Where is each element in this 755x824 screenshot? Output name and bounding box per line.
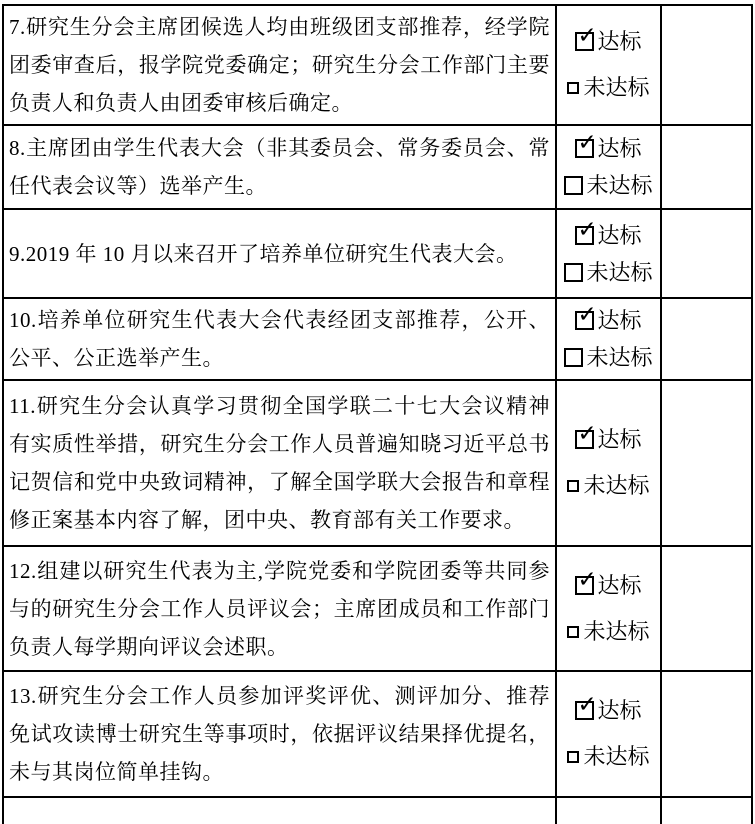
table-row: 8.主席团由学生代表大会（非其委员会、常务委员会、常任代表会议等）选举产生。 ✓…	[3, 125, 752, 209]
met-label: 达标	[597, 29, 641, 54]
status-cell: ✓达标 ✓未达标	[556, 671, 661, 770]
checklist-sheet: 7.研究生分会主席团候选人均由班级团支部推荐，经学院团委审查后，报学院党委确定；…	[2, 4, 753, 770]
criterion-text: 11.研究生分会认真学习贯彻全国学联二十七大会议精神有实质性举措，研究生分会工作…	[3, 380, 556, 546]
remarks-cell	[661, 671, 752, 770]
remarks-cell	[661, 125, 752, 209]
not-met-option: ✓未达标	[557, 65, 660, 111]
evaluation-table: 7.研究生分会主席团候选人均由班级团支部推荐，经学院团委审查后，报学院党委确定；…	[2, 4, 753, 770]
met-option: ✓达标	[557, 302, 660, 339]
not-met-option: ✓未达标	[557, 254, 660, 291]
status-cell: ✓达标 ✓未达标	[556, 298, 661, 380]
not-met-label: 未达标	[586, 260, 652, 285]
met-option: ✓达标	[557, 130, 660, 167]
not-met-checkbox-icon[interactable]: ✓	[567, 626, 579, 638]
remarks-cell	[661, 5, 752, 125]
met-label: 达标	[597, 427, 641, 452]
check-mark-icon: ✓	[577, 132, 596, 155]
status-cell: ✓达标 ✓未达标	[556, 380, 661, 546]
met-option: ✓达标	[557, 688, 660, 734]
table-row: 11.研究生分会认真学习贯彻全国学联二十七大会议精神有实质性举措，研究生分会工作…	[3, 380, 752, 546]
met-checkbox-icon[interactable]: ✓	[575, 226, 594, 245]
remarks-cell	[661, 209, 752, 298]
not-met-label: 未达标	[583, 473, 649, 498]
met-checkbox-icon[interactable]: ✓	[575, 701, 594, 720]
status-cell: ✓达标 ✓未达标	[556, 125, 661, 209]
met-label: 达标	[597, 698, 641, 723]
met-checkbox-icon[interactable]: ✓	[575, 32, 594, 51]
not-met-option: ✓未达标	[557, 339, 660, 376]
criterion-text: 10.培养单位研究生代表大会代表经团支部推荐，公开、公平、公正选举产生。	[3, 298, 556, 380]
remarks-cell	[661, 298, 752, 380]
table-row: 13.研究生分会工作人员参加评奖评优、测评加分、推荐免试攻读博士研究生等事项时，…	[3, 671, 752, 770]
met-checkbox-icon[interactable]: ✓	[575, 311, 594, 330]
met-option: ✓达标	[557, 19, 660, 65]
remarks-cell	[661, 546, 752, 671]
remarks-cell	[661, 380, 752, 546]
not-met-option: ✓未达标	[557, 609, 660, 655]
not-met-label: 未达标	[583, 744, 649, 769]
not-met-option: ✓未达标	[557, 167, 660, 204]
criterion-text: 7.研究生分会主席团候选人均由班级团支部推荐，经学院团委审查后，报学院党委确定；…	[3, 5, 556, 125]
table-row: 9.2019 年 10 月以来召开了培养单位研究生代表大会。 ✓达标 ✓未达标	[3, 209, 752, 298]
criterion-text: 9.2019 年 10 月以来召开了培养单位研究生代表大会。	[3, 209, 556, 298]
met-label: 达标	[597, 136, 641, 161]
criterion-text: 12.组建以研究生代表为主,学院党委和学院团委等共同参与的研究生分会工作人员评议…	[3, 546, 556, 671]
met-checkbox-icon[interactable]: ✓	[575, 576, 594, 595]
met-checkbox-icon[interactable]: ✓	[575, 430, 594, 449]
check-mark-icon: ✓	[577, 569, 596, 592]
not-met-label: 未达标	[583, 75, 649, 100]
table-row: 10.培养单位研究生代表大会代表经团支部推荐，公开、公平、公正选举产生。 ✓达标…	[3, 298, 752, 380]
check-mark-icon: ✓	[577, 219, 596, 242]
met-option: ✓达标	[557, 217, 660, 254]
status-cell: ✓达标 ✓未达标	[556, 209, 661, 298]
check-mark-icon: ✓	[577, 694, 596, 717]
not-met-label: 未达标	[586, 345, 652, 370]
criterion-text: 13.研究生分会工作人员参加评奖评优、测评加分、推荐免试攻读博士研究生等事项时，…	[3, 671, 556, 770]
met-option: ✓达标	[557, 563, 660, 609]
not-met-option: ✓未达标	[557, 463, 660, 509]
check-mark-icon: ✓	[577, 423, 596, 446]
not-met-checkbox-icon[interactable]: ✓	[564, 263, 583, 282]
table-row: 12.组建以研究生代表为主,学院党委和学院团委等共同参与的研究生分会工作人员评议…	[3, 546, 752, 671]
status-cell: ✓达标 ✓未达标	[556, 5, 661, 125]
check-mark-icon: ✓	[577, 304, 596, 327]
not-met-checkbox-icon[interactable]: ✓	[567, 82, 579, 94]
not-met-checkbox-icon[interactable]: ✓	[567, 480, 579, 492]
not-met-label: 未达标	[583, 619, 649, 644]
table-row: 7.研究生分会主席团候选人均由班级团支部推荐，经学院团委审查后，报学院党委确定；…	[3, 5, 752, 125]
status-cell: ✓达标 ✓未达标	[556, 546, 661, 671]
criterion-text: 8.主席团由学生代表大会（非其委员会、常务委员会、常任代表会议等）选举产生。	[3, 125, 556, 209]
check-mark-icon: ✓	[577, 25, 596, 48]
met-label: 达标	[597, 573, 641, 598]
met-label: 达标	[597, 223, 641, 248]
met-label: 达标	[597, 308, 641, 333]
not-met-option: ✓未达标	[557, 734, 660, 770]
not-met-checkbox-icon[interactable]: ✓	[564, 176, 583, 195]
not-met-label: 未达标	[586, 173, 652, 198]
not-met-checkbox-icon[interactable]: ✓	[564, 348, 583, 367]
met-option: ✓达标	[557, 417, 660, 463]
not-met-checkbox-icon[interactable]: ✓	[567, 751, 579, 763]
met-checkbox-icon[interactable]: ✓	[575, 139, 594, 158]
